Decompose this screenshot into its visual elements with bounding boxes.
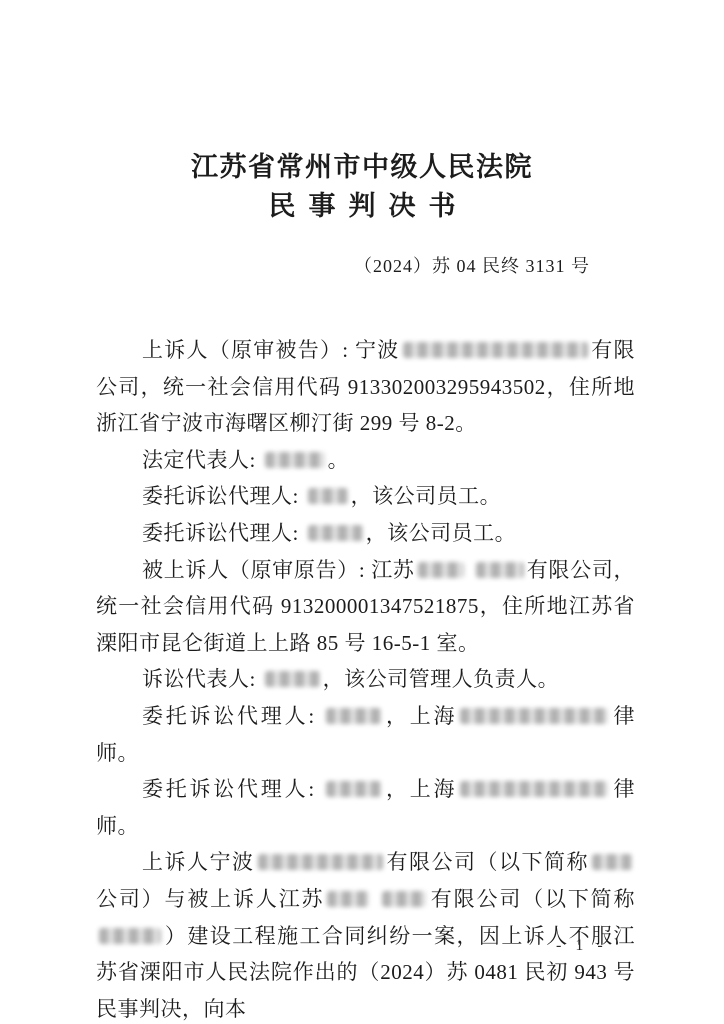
judgment-paragraph: 被上诉人（原审原告）: 江苏 有限公司，统一社会信用代码 91320000134…: [96, 552, 635, 662]
redacted-text: [326, 781, 381, 797]
judgment-body: 上诉人（原审被告）: 宁波有限公司，统一社会信用代码 9133020032959…: [96, 332, 635, 1024]
redacted-text: [99, 928, 161, 944]
redacted-text: [265, 452, 325, 468]
judgment-paragraph: 诉讼代表人: ，该公司管理人负责人。: [96, 661, 635, 698]
judgment-paragraph: 委托诉讼代理人: ，该公司员工。: [96, 478, 635, 515]
redacted-text: [460, 781, 608, 797]
redacted-text: [258, 854, 383, 870]
redacted-text: [382, 891, 426, 907]
redacted-text: [308, 525, 363, 541]
redacted-text: [308, 488, 348, 504]
redacted-text: [403, 342, 588, 358]
judgment-document-page: 江苏省常州市中级人民法院 民事判决书 （2024）苏 04 民终 3131 号 …: [0, 0, 724, 1024]
judgment-paragraph: 委托诉讼代理人: ，上海律师。: [96, 698, 635, 771]
court-name: 江苏省常州市中级人民法院: [0, 0, 724, 184]
judgment-paragraph: 上诉人（原审被告）: 宁波有限公司，统一社会信用代码 9133020032959…: [96, 332, 635, 442]
judgment-paragraph: 委托诉讼代理人: ，该公司员工。: [96, 515, 635, 552]
redacted-text: [265, 671, 320, 687]
redacted-text: [592, 854, 632, 870]
redacted-text: [418, 562, 464, 578]
document-type-title: 民事判决书: [0, 189, 724, 223]
redacted-text: [460, 708, 608, 724]
redacted-text: [476, 562, 524, 578]
redacted-text: [326, 708, 381, 724]
case-number: （2024）苏 04 民终 3131 号: [0, 254, 724, 279]
judgment-paragraph: 法定代表人: 。: [96, 442, 635, 479]
page-number: - 1 -: [556, 936, 608, 956]
judgment-paragraph: 上诉人宁波有限公司（以下简称公司）与被上诉人江苏 有限公司（以下简称）建设工程施…: [96, 844, 635, 1024]
judgment-paragraph: 委托诉讼代理人: ，上海律师。: [96, 771, 635, 844]
redacted-text: [327, 891, 369, 907]
